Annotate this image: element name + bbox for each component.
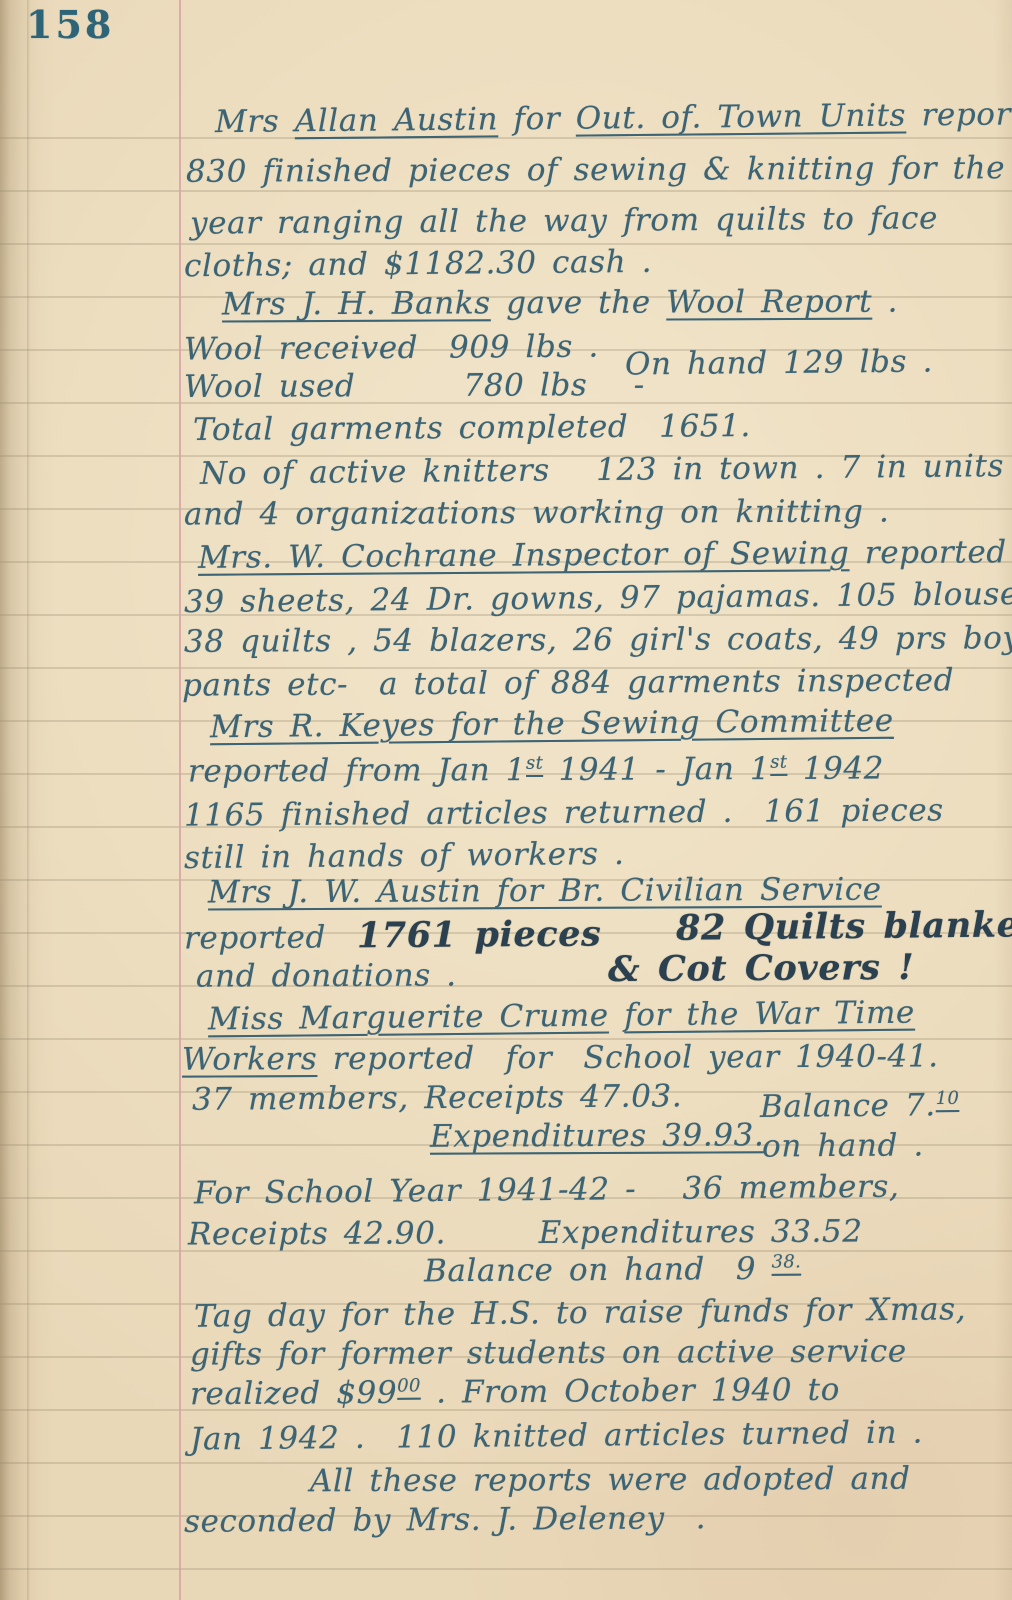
text-segment: 82 Quilts blanket — [676, 904, 1012, 948]
text-segment: on hand . — [762, 1127, 924, 1164]
text-segment: Expenditures 39.93. — [430, 1117, 765, 1154]
text-segment: 38 quilts , 54 blazers, 26 girl's coats,… — [184, 620, 1012, 660]
text-segment: . — [872, 284, 898, 320]
text-segment — [609, 997, 625, 1033]
handwritten-line: Balance 7.10 — [760, 1087, 960, 1125]
handwritten-line: Receipts 42.90. Expenditures 33.52 — [188, 1214, 863, 1253]
text-segment: Mrs. W. Cochrane Inspector of Sewing — [198, 535, 850, 576]
text-segment: realized $99 — [190, 1375, 397, 1412]
text-segment: Miss Marguerite Crume — [208, 998, 609, 1038]
handwritten-line: reported from Jan 1st 1941 - Jan 1st 194… — [188, 750, 884, 789]
text-segment: st — [526, 753, 543, 774]
text-segment: cloths; and $1182.30 cash . — [184, 244, 652, 284]
text-segment: 38. — [772, 1251, 802, 1272]
text-segment: st — [770, 752, 787, 773]
ledger-page: 158 Mrs Allan Austin for Out. of. Town U… — [0, 0, 1012, 1600]
handwritten-line: Tag day for the H.S. to raise funds for … — [194, 1291, 966, 1334]
text-segment: 1165 finished articles returned . 161 pi… — [184, 792, 944, 833]
handwritten-line: For School Year 1941-42 - 36 members, — [194, 1169, 900, 1212]
text-segment: Receipts 42.90. Expenditures 33.52 — [188, 1214, 863, 1253]
handwritten-line: and donations . — [196, 957, 457, 994]
handwritten-line: Jan 1942 . 110 knitted articles turned i… — [190, 1414, 923, 1457]
handwritten-line: Wool received 909 lbs . — [184, 329, 599, 368]
handwritten-line: Mrs R. Keyes for the Sewing Committee — [210, 703, 894, 746]
handwritten-line: Workers reported for School year 1940-41… — [182, 1038, 939, 1077]
text-segment: . From October 1940 to — [421, 1372, 840, 1411]
text-segment: 1941 - Jan 1 — [543, 751, 770, 788]
handwritten-line: reported 1761 pieces — [184, 914, 602, 958]
text-segment: Total garments completed 1651. — [193, 408, 751, 448]
handwritten-line: Mrs Allan Austin for Out. of. Town Units… — [215, 96, 1012, 140]
text-segment: Balance on hand 9 — [424, 1251, 772, 1289]
text-segment: 39 sheets, 24 Dr. gowns, 97 pajamas. 105… — [184, 576, 1012, 620]
text-segment: year ranging all the way from quilts to … — [190, 200, 938, 241]
text-segment: Mrs R. Keyes for the Sewing Committee — [210, 703, 894, 746]
text-segment: 1761 pieces — [357, 914, 602, 957]
text-segment: reported from Jan 1 — [188, 752, 526, 789]
text-segment: All these reports were adopted and — [310, 1461, 911, 1500]
handwritten-line: Mrs J. W. Austin for Br. Civilian Servic… — [208, 872, 882, 911]
text-segment: Wool Report — [666, 284, 872, 321]
text-segment: 830 finished pieces of sewing & knitting… — [186, 150, 1005, 190]
handwritten-line: On hand 129 lbs . — [625, 344, 933, 383]
handwritten-line: 82 Quilts blanket — [676, 904, 1012, 948]
handwritten-line: Miss Marguerite Crume for the War Time — [208, 995, 915, 1038]
text-segment: reported — [906, 96, 1012, 134]
text-segment: gave the — [491, 285, 667, 322]
text-segment: seconded by Mrs. J. Deleney . — [184, 1500, 706, 1540]
text-segment: Wool used 780 lbs - — [184, 367, 645, 405]
handwritten-line: gifts for former students on active serv… — [190, 1333, 907, 1372]
text-segment: No of active knitters 123 in town . 7 in… — [200, 448, 1004, 492]
text-segment: for the War Time — [624, 995, 915, 1034]
text-segment: 00 — [397, 1375, 421, 1396]
text-segment: Wool received 909 lbs . — [184, 329, 599, 368]
handwritten-line: 830 finished pieces of sewing & knitting… — [186, 150, 1005, 190]
handwritten-line: 38 quilts , 54 blazers, 26 girl's coats,… — [184, 620, 1012, 660]
text-segment: Tag day for the H.S. to raise funds for … — [194, 1291, 966, 1334]
text-segment: Mrs J. H. Banks — [222, 285, 491, 322]
text-segment: reported — [184, 919, 357, 956]
handwritten-line: Expenditures 39.93. — [430, 1117, 765, 1154]
text-segment: & Cot Covers ! — [608, 947, 915, 990]
handwriting-layer: Mrs Allan Austin for Out. of. Town Units… — [0, 0, 1012, 1600]
handwritten-line: year ranging all the way from quilts to … — [190, 200, 938, 241]
handwritten-line: still in hands of workers . — [184, 836, 625, 876]
text-segment: reported — [849, 534, 1007, 571]
text-segment: Allan Austin — [295, 101, 499, 139]
text-segment: Workers — [182, 1041, 317, 1078]
handwritten-line: 1165 finished articles returned . 161 pi… — [184, 792, 944, 833]
handwritten-line: cloths; and $1182.30 cash . — [184, 244, 652, 284]
handwritten-line: realized $9900 . From October 1940 to — [190, 1372, 840, 1413]
handwritten-line: Mrs J. H. Banks gave the Wool Report . — [222, 284, 898, 323]
text-segment: On hand 129 lbs . — [625, 344, 933, 383]
handwritten-line: 37 members, Receipts 47.03. — [192, 1078, 682, 1117]
handwritten-line: 39 sheets, 24 Dr. gowns, 97 pajamas. 105… — [184, 576, 1012, 620]
text-segment: Out. of. Town Units — [576, 97, 907, 136]
text-segment: For School Year 1941-42 - 36 members, — [194, 1169, 900, 1212]
text-segment: Mrs J. W. Austin for Br. Civilian Servic… — [208, 872, 882, 911]
text-segment: 37 members, Receipts 47.03. — [192, 1078, 682, 1117]
handwritten-line: All these reports were adopted and — [310, 1461, 911, 1500]
text-segment: reported for School year 1940-41. — [317, 1038, 938, 1077]
handwritten-line: Balance on hand 9 38. — [424, 1251, 801, 1290]
text-segment: Balance 7. — [760, 1087, 936, 1125]
text-segment: still in hands of workers . — [184, 836, 625, 876]
handwritten-line: Wool used 780 lbs - — [184, 367, 645, 405]
text-segment: Jan 1942 . 110 knitted articles turned i… — [190, 1414, 923, 1457]
handwritten-line: seconded by Mrs. J. Deleney . — [184, 1500, 706, 1540]
handwritten-line: on hand . — [762, 1127, 924, 1164]
handwritten-line: Total garments completed 1651. — [193, 408, 751, 448]
text-segment: for — [498, 101, 576, 138]
handwritten-line: No of active knitters 123 in town . 7 in… — [200, 448, 1004, 492]
text-segment: and donations . — [196, 957, 457, 994]
text-segment: pants etc- a total of 884 garments inspe… — [182, 662, 954, 703]
text-segment: Mrs — [215, 103, 295, 140]
handwritten-line: and 4 organizations working on knitting … — [184, 493, 890, 532]
text-segment: gifts for former students on active serv… — [190, 1333, 907, 1372]
handwritten-line: pants etc- a total of 884 garments inspe… — [182, 662, 954, 703]
text-segment: and 4 organizations working on knitting … — [184, 493, 890, 532]
text-segment: 10 — [936, 1088, 960, 1109]
handwritten-line: Mrs. W. Cochrane Inspector of Sewing rep… — [198, 534, 1007, 576]
handwritten-line: & Cot Covers ! — [608, 947, 915, 990]
text-segment: 1942 — [787, 750, 884, 786]
